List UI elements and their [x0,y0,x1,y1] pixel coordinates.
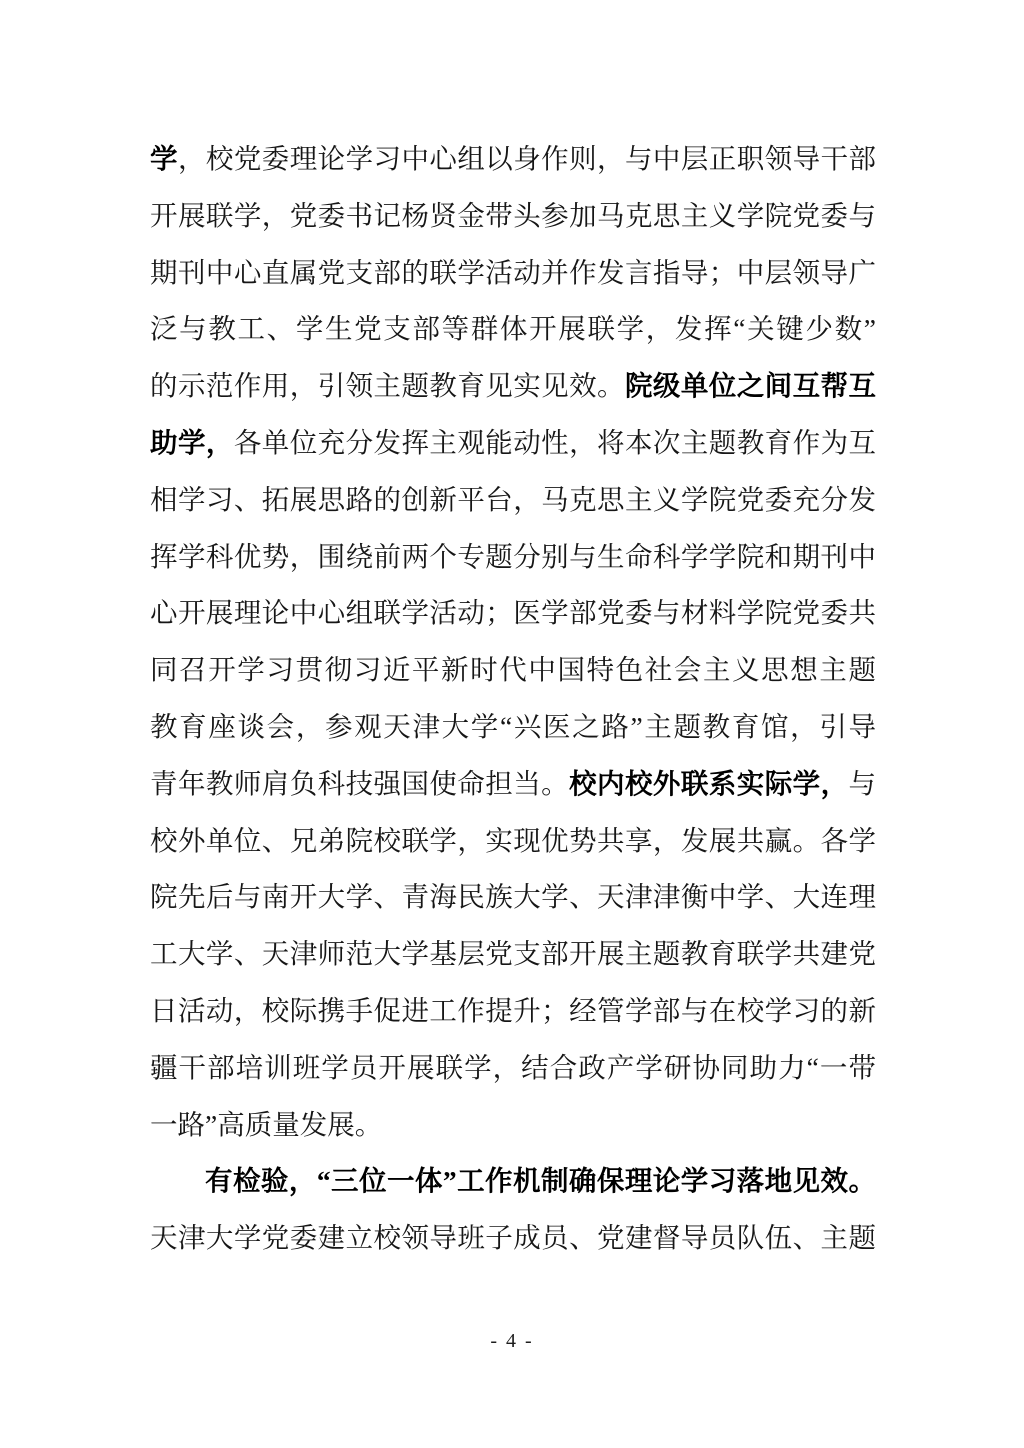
text-line: 一路”高质量发展。 [150,1097,876,1154]
text-line: 助学，各单位充分发挥主观能动性，将本次主题教育作为互 [150,415,876,472]
text-run: 校外单位、兄弟院校联学，实现优势共享，发展共赢。各学 [150,825,876,856]
document-page: 学，校党委理论学习中心组以身作则，与中层正职领导干部开展联学，党委书记杨贤金带头… [0,0,1024,1448]
text-line: 有检验，“三位一体”工作机制确保理论学习落地见效。 [150,1153,876,1210]
bold-text-run: 有检验，“三位一体”工作机制确保理论学习落地见效。 [205,1165,876,1196]
text-run: 心开展理论中心组联学活动；医学部党委与材料学院党委共 [150,597,876,628]
text-line: 相学习、拓展思路的创新平台，马克思主义学院党委充分发 [150,472,876,529]
text-run: 教育座谈会，参观天津大学“兴医之路”主题教育馆，引导 [150,711,876,742]
text-run: 泛与教工、学生党支部等群体开展联学，发挥“关键少数” [150,313,876,344]
text-line: 心开展理论中心组联学活动；医学部党委与材料学院党委共 [150,585,876,642]
text-line: 工大学、天津师范大学基层党支部开展主题教育联学共建党 [150,926,876,983]
text-run: 天津大学党委建立校领导班子成员、党建督导员队伍、主题 [150,1222,876,1253]
text-run: 相学习、拓展思路的创新平台，马克思主义学院党委充分发 [150,484,876,515]
text-line: 泛与教工、学生党支部等群体开展联学，发挥“关键少数” [150,301,876,358]
text-line: 教育座谈会，参观天津大学“兴医之路”主题教育馆，引导 [150,699,876,756]
bold-text-run: 学 [150,143,178,174]
page-number: - 4 - [0,1330,1024,1353]
text-run: 开展联学，党委书记杨贤金带头参加马克思主义学院党委与 [150,200,876,231]
text-line: 疆干部培训班学员开展联学，结合政产学研协同助力“一带 [150,1040,876,1097]
text-run: ，校党委理论学习中心组以身作则，与中层正职领导干部 [178,143,876,174]
text-run: 各单位充分发挥主观能动性，将本次主题教育作为互 [234,427,876,458]
bold-text-run: 校内校外联系实际学， [569,768,848,799]
text-run: 工大学、天津师范大学基层党支部开展主题教育联学共建党 [150,938,876,969]
text-line: 挥学科优势，围绕前两个专题分别与生命科学学院和期刊中 [150,529,876,586]
bold-text-run: 院级单位之间互帮互 [625,370,876,401]
text-run: 的示范作用，引领主题教育见实见效。 [150,370,625,401]
text-line: 期刊中心直属党支部的联学活动并作发言指导；中层领导广 [150,245,876,302]
text-run: 同召开学习贯彻习近平新时代中国特色社会主义思想主题 [150,654,876,685]
text-run: 疆干部培训班学员开展联学，结合政产学研协同助力“一带 [150,1052,876,1083]
text-run: 日活动，校际携手促进工作提升；经管学部与在校学习的新 [150,995,876,1026]
text-line: 同召开学习贯彻习近平新时代中国特色社会主义思想主题 [150,642,876,699]
text-line: 院先后与南开大学、青海民族大学、天津津衡中学、大连理 [150,869,876,926]
text-line: 学，校党委理论学习中心组以身作则，与中层正职领导干部 [150,131,876,188]
text-line: 校外单位、兄弟院校联学，实现优势共享，发展共赢。各学 [150,813,876,870]
text-run: 一路”高质量发展。 [150,1109,382,1140]
text-line: 天津大学党委建立校领导班子成员、党建督导员队伍、主题 [150,1210,876,1267]
text-run: 挥学科优势，围绕前两个专题分别与生命科学学院和期刊中 [150,541,876,572]
text-line: 的示范作用，引领主题教育见实见效。院级单位之间互帮互 [150,358,876,415]
text-line: 开展联学，党委书记杨贤金带头参加马克思主义学院党委与 [150,188,876,245]
text-run: 期刊中心直属党支部的联学活动并作发言指导；中层领导广 [150,257,876,288]
text-line: 青年教师肩负科技强国使命担当。校内校外联系实际学，与 [150,756,876,813]
body-text: 学，校党委理论学习中心组以身作则，与中层正职领导干部开展联学，党委书记杨贤金带头… [150,131,876,1267]
text-run: 院先后与南开大学、青海民族大学、天津津衡中学、大连理 [150,881,876,912]
bold-text-run: 助学， [150,427,234,458]
text-line: 日活动，校际携手促进工作提升；经管学部与在校学习的新 [150,983,876,1040]
text-run: 青年教师肩负科技强国使命担当。 [150,768,569,799]
text-run: 与 [849,768,877,799]
